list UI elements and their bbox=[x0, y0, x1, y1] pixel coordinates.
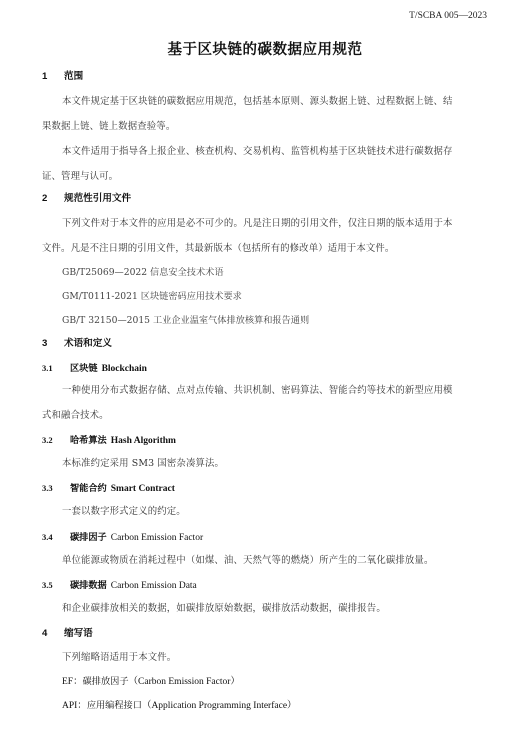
term-definition: 一种使用分布式数据存储、点对点传输、共识机制、密码算法、智能合约等技术的新型应用… bbox=[62, 385, 453, 397]
section-title: 范围 bbox=[64, 71, 83, 82]
section-heading-4: 4缩写语 bbox=[42, 628, 93, 640]
abbreviation-zh: 碳排放因子 bbox=[83, 676, 129, 687]
term-number: 3.4 bbox=[42, 531, 70, 543]
section-heading-3: 3术语和定义 bbox=[42, 338, 112, 350]
section-number: 3 bbox=[42, 338, 64, 350]
term-number: 3.1 bbox=[42, 362, 70, 374]
term-definition: 和企业碳排放相关的数据，如碳排放原始数据，碳排放活动数据，碳排报告。 bbox=[62, 603, 386, 615]
term-zh: 碳排因子 bbox=[70, 532, 107, 543]
term-definition: 本标准约定采用 SM3 国密杂凑算法。 bbox=[62, 458, 224, 470]
term-en: Smart Contract bbox=[111, 484, 175, 494]
abbreviation-zh: 应用编程接口 bbox=[87, 700, 142, 711]
term-en: Hash Algorithm bbox=[111, 436, 176, 446]
normative-reference: GB/T25069—2022 信息安全技术术语 bbox=[62, 267, 224, 279]
abbreviation-en: （Carbon Emission Factor） bbox=[129, 677, 240, 687]
section-number: 4 bbox=[42, 628, 64, 640]
section-title: 缩写语 bbox=[64, 628, 93, 639]
document-title: 基于区块链的碳数据应用规范 bbox=[0, 38, 530, 59]
abbreviation-item: EF：碳排放因子（Carbon Emission Factor） bbox=[62, 676, 240, 688]
section-title: 术语和定义 bbox=[64, 338, 112, 349]
term-zh: 哈希算法 bbox=[70, 435, 107, 446]
section-heading-1: 1范围 bbox=[42, 71, 83, 83]
paragraph-line: 文件。凡是不注日期的引用文件，其最新版本（包括所有的修改单）适用于本文件。 bbox=[42, 243, 394, 255]
section-number: 2 bbox=[42, 193, 64, 205]
abbreviation-code: EF： bbox=[62, 677, 83, 687]
term-heading: 3.3智能合约Smart Contract bbox=[42, 482, 175, 495]
abbreviation-item: API：应用编程接口（Application Programming Inter… bbox=[62, 700, 297, 712]
paragraph-line: 下列缩略语适用于本文件。 bbox=[62, 652, 176, 664]
section-heading-2: 2规范性引用文件 bbox=[42, 193, 131, 205]
normative-reference: GM/T0111-2021 区块链密码应用技术要求 bbox=[62, 291, 242, 303]
term-heading: 3.2哈希算法Hash Algorithm bbox=[42, 434, 176, 447]
paragraph-line: 本文件适用于指导各上报企业、核查机构、交易机构、监管机构基于区块链技术进行碳数据… bbox=[62, 146, 453, 158]
term-definition: 一套以数字形式定义的约定。 bbox=[62, 506, 186, 518]
term-zh: 区块链 bbox=[70, 363, 98, 374]
term-zh: 碳排数据 bbox=[70, 580, 107, 591]
term-number: 3.2 bbox=[42, 434, 70, 446]
term-definition: 式和融合技术。 bbox=[42, 410, 109, 422]
term-heading: 3.5碳排数据Carbon Emission Data bbox=[42, 579, 197, 592]
term-number: 3.3 bbox=[42, 482, 70, 494]
document-code: T/SCBA 005—2023 bbox=[409, 11, 487, 21]
term-heading: 3.1区块链Blockchain bbox=[42, 362, 147, 375]
section-title: 规范性引用文件 bbox=[64, 193, 131, 204]
term-zh: 智能合约 bbox=[70, 483, 107, 494]
term-en: Carbon Emission Data bbox=[111, 581, 197, 591]
term-heading: 3.4碳排因子Carbon Emission Factor bbox=[42, 531, 203, 544]
section-number: 1 bbox=[42, 71, 64, 83]
term-en: Carbon Emission Factor bbox=[111, 533, 203, 543]
paragraph-line: 下列文件对于本文件的应用是必不可少的。凡是注日期的引用文件，仅注日期的版本适用于… bbox=[62, 218, 453, 230]
abbreviation-code: API： bbox=[62, 701, 87, 711]
abbreviation-en: （Application Programming Interface） bbox=[142, 701, 297, 711]
paragraph-line: 本文件规定基于区块链的碳数据应用规范，包括基本原则、源头数据上链、过程数据上链、… bbox=[62, 96, 453, 108]
term-definition: 单位能源或物质在消耗过程中（如煤、油、天然气等的燃烧）所产生的二氧化碳排放量。 bbox=[62, 555, 433, 567]
paragraph-line: 果数据上链、链上数据查验等。 bbox=[42, 121, 175, 133]
term-number: 3.5 bbox=[42, 579, 70, 591]
normative-reference: GB/T 32150—2015 工业企业温室气体排放核算和报告通则 bbox=[62, 315, 309, 327]
paragraph-line: 证、管理与认可。 bbox=[42, 171, 118, 183]
term-en: Blockchain bbox=[102, 364, 147, 374]
